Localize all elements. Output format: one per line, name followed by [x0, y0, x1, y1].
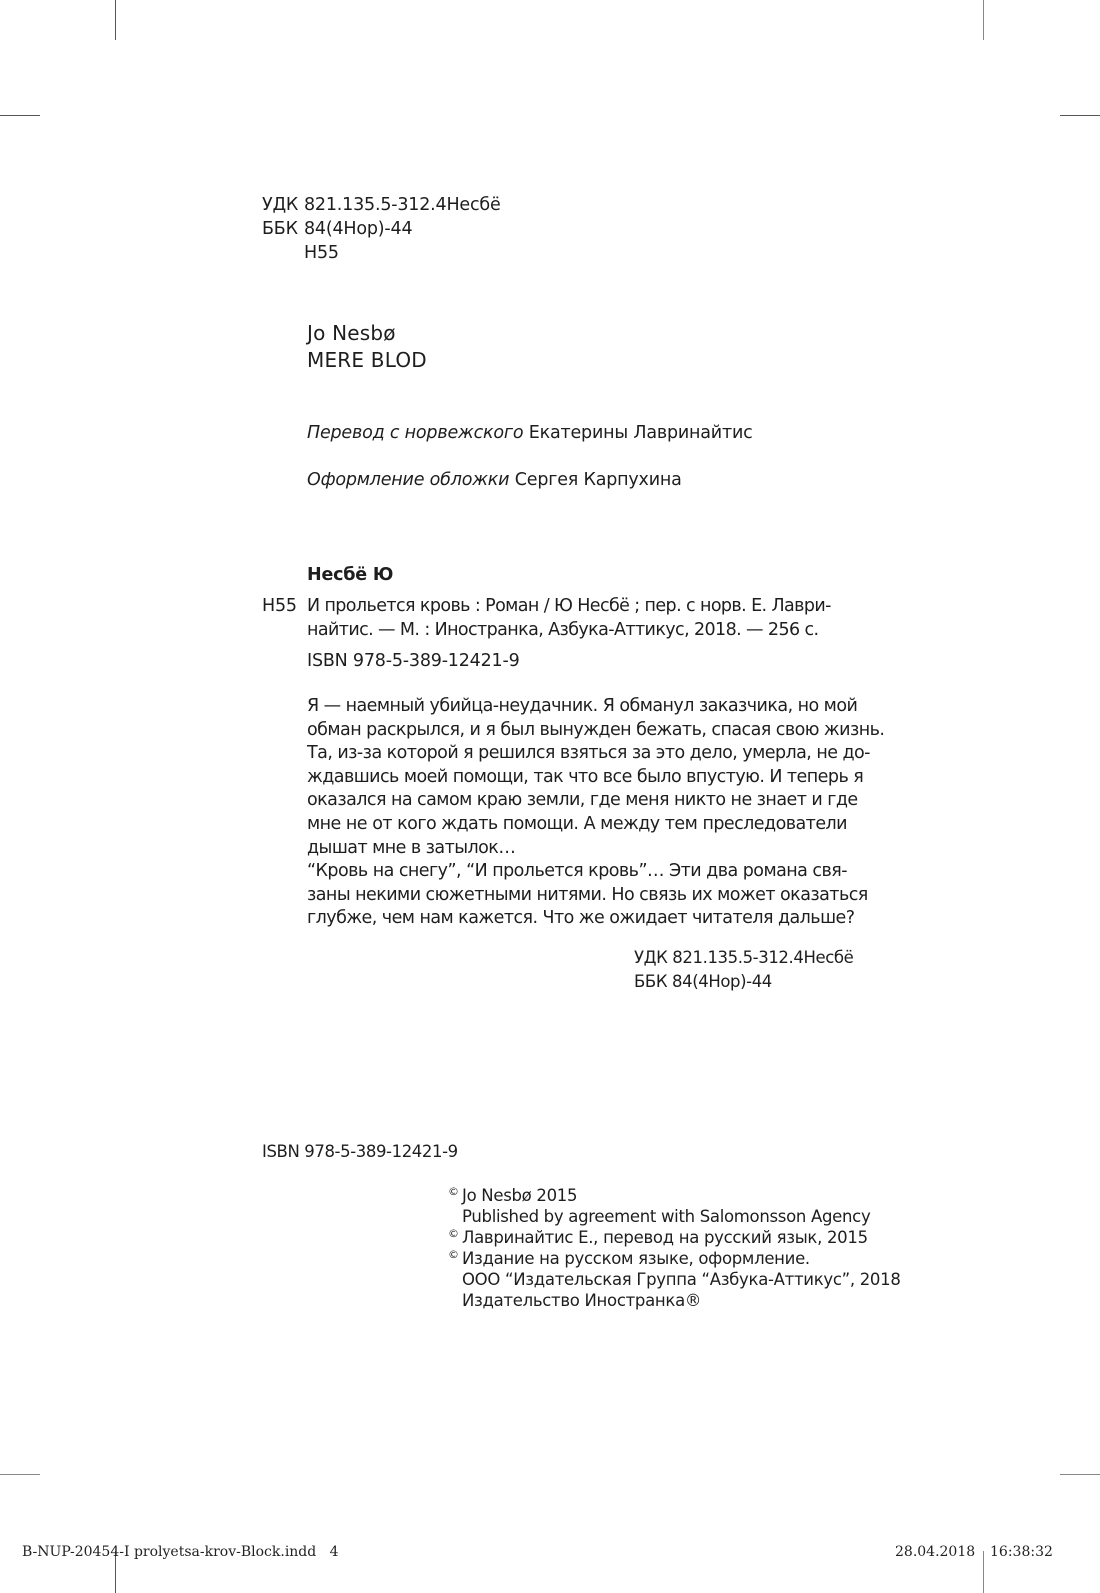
copyright-row: ©Jo Nesbø 2015	[448, 1185, 901, 1206]
crop-mark-bottom-left-horizontal	[0, 1474, 40, 1475]
slug-time: 16:38:32	[990, 1543, 1053, 1561]
crop-mark-bottom-right-horizontal	[1060, 1474, 1100, 1475]
original-author: Jo Nesbø	[307, 319, 396, 347]
copyright-row: ООО “Издательская Группа “Азбука-Аттикус…	[448, 1269, 901, 1290]
bbk-value: 84(4Нор)-44	[304, 219, 412, 239]
annotation-paragraph: Я — наемный убийца-неудачник. Я обманул …	[307, 695, 847, 931]
translation-credit: Перевод с норвежского Екатерины Лавринай…	[307, 421, 753, 445]
crop-mark-top-left-vertical	[115, 0, 116, 40]
cover-credit: Оформление обложки Сергея Карпухина	[307, 468, 682, 492]
copyright-row: ©Лавринайтис Е., перевод на русский язык…	[448, 1227, 901, 1248]
author-mark: Н55	[304, 243, 339, 263]
annotation-line: оказался на самом краю земли, где меня н…	[307, 789, 847, 813]
copyright-block: ©Jo Nesbø 2015 Published by agreement wi…	[448, 1185, 901, 1311]
bibliographic-author-mark: Н55	[262, 594, 297, 618]
annotation-line: ждавшись моей помощи, так что все было в…	[307, 766, 847, 790]
crop-mark-top-right-vertical	[983, 0, 984, 40]
bibliographic-isbn: ISBN 978-5-389-12421-9	[307, 649, 520, 673]
copyright-symbol: ©	[448, 1248, 462, 1262]
slug-filename: B-NUP-20454-I prolyetsa-krov-Block.indd …	[22, 1543, 339, 1561]
bibliographic-description-line-1: И прольется кровь : Роман / Ю Несбё ; пе…	[307, 594, 831, 618]
crop-mark-top-right-horizontal	[1060, 115, 1100, 116]
annotation-line: обман раскрылся, и я был вынужден бежать…	[307, 719, 847, 743]
original-title: MERE BLOD	[307, 346, 427, 374]
annotation-line: дышат мне в затылок…	[307, 837, 847, 861]
bbk-row: ББК84(4Нор)-44	[262, 217, 501, 241]
classification-bottom-udk: УДК 821.135.5-312.4Несбё	[634, 946, 853, 970]
bibliographic-heading: Несбё Ю	[307, 563, 393, 587]
crop-mark-top-left-horizontal	[0, 115, 40, 116]
cover-prefix: Оформление обложки	[307, 470, 509, 490]
udk-row: УДК821.135.5-312.4Несбё	[262, 193, 501, 217]
copyright-symbol: ©	[448, 1185, 462, 1199]
crop-mark-bottom-right-vertical	[983, 1551, 984, 1593]
bibliographic-description-line-2: найтис. — М. : Иностранка, Азбука-Аттику…	[307, 618, 818, 642]
classification-bottom-bbk: ББК 84(4Нор)-44	[634, 970, 772, 994]
annotation-line: заны некими сюжетными нитями. Но связь и…	[307, 884, 847, 908]
classification-top: УДК821.135.5-312.4Несбё ББК84(4Нор)-44 Н…	[262, 193, 501, 265]
isbn-standalone: ISBN 978-5-389-12421-9	[262, 1140, 458, 1164]
udk-value: 821.135.5-312.4Несбё	[304, 195, 501, 215]
udk-label: УДК	[262, 193, 304, 217]
annotation-line: мне не от кого ждать помощи. А между тем…	[307, 813, 847, 837]
copyright-row: Published by agreement with Salomonsson …	[448, 1206, 901, 1227]
annotation-line: Я — наемный убийца-неудачник. Я обманул …	[307, 695, 847, 719]
slug-date: 28.04.2018	[895, 1543, 975, 1561]
copyright-row: ©Издание на русском языке, оформление.	[448, 1248, 901, 1269]
copyright-symbol: ©	[448, 1227, 462, 1241]
bbk-label: ББК	[262, 217, 304, 241]
cover-designer-name: Сергея Карпухина	[515, 470, 682, 490]
annotation-line: Та, из-за которой я решился взяться за э…	[307, 742, 847, 766]
slug-page: 4	[330, 1544, 339, 1560]
author-mark-row: Н55	[262, 241, 501, 265]
annotation-line: глубже, чем нам кажется. Что же ожидает …	[307, 907, 847, 931]
translator-name: Екатерины Лавринайтис	[529, 423, 753, 443]
translation-prefix: Перевод с норвежского	[307, 423, 523, 443]
annotation-line: “Кровь на снегу”, “И прольется кровь”… Э…	[307, 860, 847, 884]
copyright-row: Издательство Иностранка®	[448, 1290, 901, 1311]
slug-file: B-NUP-20454-I prolyetsa-krov-Block.indd	[22, 1544, 316, 1560]
